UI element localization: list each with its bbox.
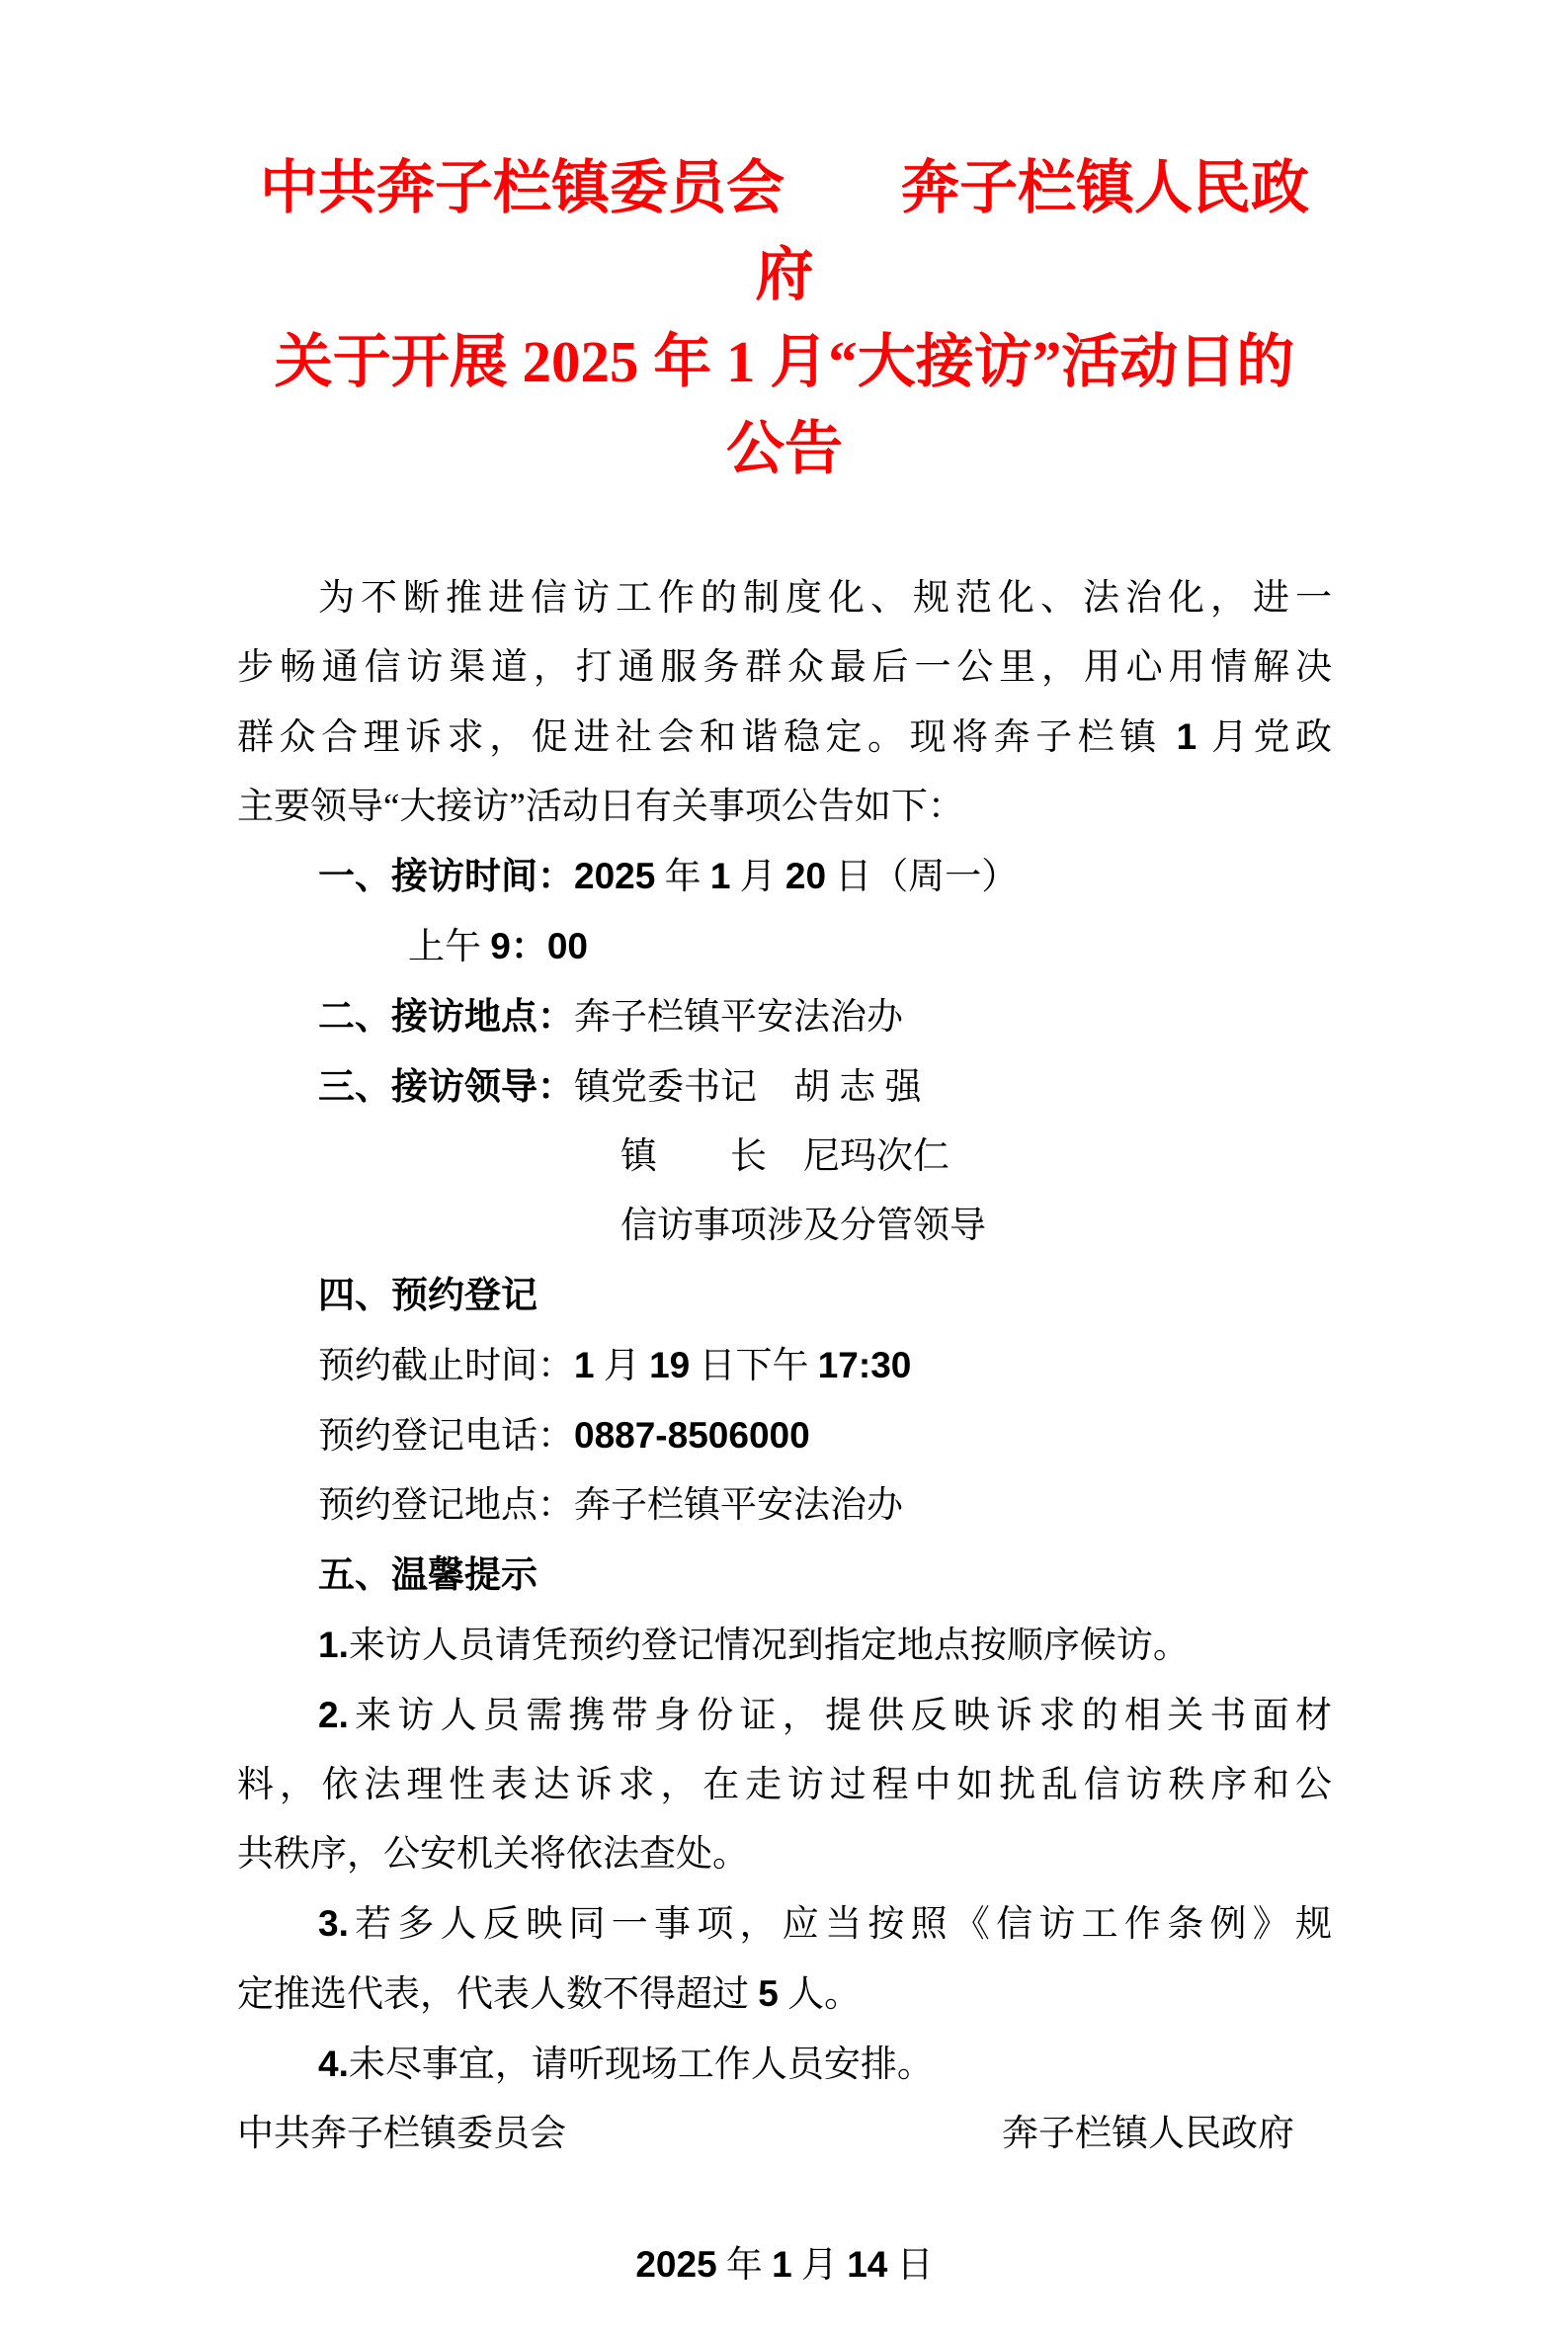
body-line: 料，依法理性表达诉求，在走访过程中如扰乱信访秩序和公: [237, 1751, 1332, 1820]
text-segment: 年: [655, 857, 710, 897]
text-segment: 步畅通信访渠道，打通服务群众最后一公里，用心用情解决: [237, 647, 1332, 688]
text-segment: 五、温馨提示: [318, 1554, 537, 1595]
text-segment: 主要领导“大接访”活动日有关事项公告如下：: [237, 787, 964, 827]
text-segment: 上午: [408, 927, 490, 967]
body-line: 预约截止时间：1 月 19 日下午 17:30: [237, 1331, 1332, 1401]
text-segment: 来访人员需携带身份证，提供反映诉求的相关书面材: [349, 1696, 1332, 1736]
text-segment: 1.: [318, 1625, 349, 1665]
text-segment: 人。: [779, 1974, 861, 2015]
body-line: 步畅通信访渠道，打通服务群众最后一公里，用心用情解决: [237, 633, 1332, 703]
body-line: 一、接访时间：2025 年 1 月 20 日（周一）: [237, 842, 1332, 912]
text-segment: 日（周一）: [826, 857, 1018, 897]
body-line: 镇 长 尼玛次仁: [237, 1123, 1332, 1192]
body-line: 1.来访人员请凭预约登记情况到指定地点按顺序候访。: [237, 1611, 1332, 1681]
signature-org-left: 中共奔子栏镇委员会: [237, 2100, 566, 2169]
text-segment: 若多人反映同一事项，应当按照《信访工作条例》规: [349, 1904, 1332, 1945]
text-segment: 为不断推进信访工作的制度化、规范化、法治化，进一: [318, 578, 1332, 619]
text-segment: 14: [847, 2244, 887, 2285]
body-line: 定推选代表，代表人数不得超过 5 人。: [237, 1960, 1332, 2030]
body-line: 二、接访地点：奔子栏镇平安法治办: [237, 982, 1332, 1052]
text-segment: 预约登记地点：奔子栏镇平安法治办: [318, 1485, 903, 1526]
text-segment: 群众合理诉求，促进社会和谐稳定。现将奔子栏镇: [237, 717, 1177, 758]
text-segment: 一、接访时间：: [318, 856, 574, 896]
body-line: 上午 9：00: [237, 912, 1332, 982]
text-segment: 9：00: [490, 926, 588, 966]
body-line: 主要领导“大接访”活动日有关事项公告如下：: [237, 773, 1332, 842]
body-line: 四、预约登记: [237, 1261, 1332, 1331]
text-segment: 镇 长 尼玛次仁: [620, 1136, 949, 1177]
text-segment: 未尽事宜，请听现场工作人员安排。: [349, 2045, 934, 2085]
text-segment: 2.: [318, 1695, 349, 1735]
text-segment: 月: [595, 1346, 650, 1386]
title-line: 中共奔子栏镇委员会 奔子栏镇人民政府: [237, 144, 1332, 318]
text-segment: 来访人员请凭预约登记情况到指定地点按顺序候访。: [349, 1626, 1190, 1666]
text-segment: 3.: [318, 1903, 349, 1944]
text-segment: 月: [792, 2245, 848, 2286]
text-segment: 1: [574, 1345, 595, 1385]
body-line: 为不断推进信访工作的制度化、规范化、法治化，进一: [237, 564, 1332, 633]
body-line: 共秩序，公安机关将依法查处。: [237, 1820, 1332, 1889]
text-segment: 预约截止时间：: [318, 1346, 574, 1386]
text-segment: 20: [785, 856, 826, 896]
text-segment: 奔子栏镇平安法治办: [574, 997, 903, 1038]
body-line: 五、温馨提示: [237, 1541, 1332, 1611]
text-segment: 定推选代表，代表人数不得超过: [237, 1974, 758, 2015]
body-line: 三、接访领导：镇党委书记 胡 志 强: [237, 1052, 1332, 1123]
document-page: 中共奔子栏镇委员会 奔子栏镇人民政府关于开展 2025 年 1 月“大接访”活动…: [0, 0, 1568, 2338]
body-line: 4.未尽事宜，请听现场工作人员安排。: [237, 2030, 1332, 2100]
body-line: 预约登记电话：0887-8506000: [237, 1401, 1332, 1471]
text-segment: 1: [1177, 716, 1197, 757]
text-segment: 0887-8506000: [574, 1415, 810, 1456]
text-segment: 共秩序，公安机关将依法查处。: [237, 1834, 749, 1875]
text-segment: 4.: [318, 2044, 349, 2084]
text-segment: 三、接访领导：: [318, 1066, 574, 1107]
text-segment: 四、预约登记: [318, 1275, 537, 1315]
text-segment: 月党政: [1197, 717, 1332, 758]
text-segment: 17:30: [818, 1345, 912, 1385]
text-segment: 二、接访地点：: [318, 996, 574, 1037]
text-segment: 5: [758, 1973, 779, 2014]
text-segment: 19: [649, 1345, 690, 1385]
body-line: 预约登记地点：奔子栏镇平安法治办: [237, 1471, 1332, 1541]
text-segment: 预约登记电话：: [318, 1416, 574, 1457]
announcement-date: 2025 年 1 月 14 日: [237, 2230, 1332, 2300]
title-line: 关于开展 2025 年 1 月“大接访”活动日的: [237, 318, 1332, 405]
text-segment: 2025: [574, 856, 655, 896]
text-segment: 月: [730, 857, 785, 897]
text-segment: 日下午: [690, 1346, 818, 1386]
text-segment: 信访事项涉及分管领导: [620, 1206, 986, 1246]
body-line: 2.来访人员需携带身份证，提供反映诉求的相关书面材: [237, 1681, 1332, 1751]
signature-line: 中共奔子栏镇委员会 奔子栏镇人民政府: [237, 2100, 1332, 2169]
announcement-title: 中共奔子栏镇委员会 奔子栏镇人民政府关于开展 2025 年 1 月“大接访”活动…: [237, 144, 1332, 492]
text-segment: 日: [887, 2245, 933, 2286]
text-segment: 镇党委书记 胡 志 强: [574, 1067, 922, 1108]
text-segment: 1: [772, 2244, 792, 2285]
signature-org-right: 奔子栏镇人民政府: [1002, 2100, 1294, 2169]
text-segment: 年: [717, 2245, 773, 2286]
text-segment: 1: [710, 856, 731, 896]
body-line: 3.若多人反映同一事项，应当按照《信访工作条例》规: [237, 1889, 1332, 1960]
text-segment: 2025: [635, 2244, 716, 2285]
text-segment: 料，依法理性表达诉求，在走访过程中如扰乱信访秩序和公: [237, 1765, 1332, 1805]
body-line: 信访事项涉及分管领导: [237, 1192, 1332, 1261]
announcement-body: 为不断推进信访工作的制度化、规范化、法治化，进一步畅通信访渠道，打通服务群众最后…: [237, 564, 1332, 2100]
body-line: 群众合理诉求，促进社会和谐稳定。现将奔子栏镇 1 月党政: [237, 703, 1332, 773]
title-line: 公告: [237, 405, 1332, 492]
